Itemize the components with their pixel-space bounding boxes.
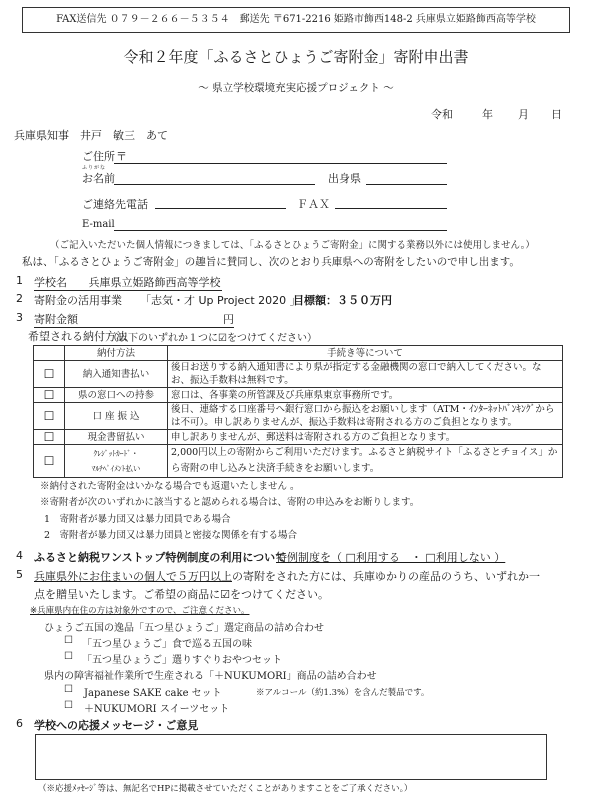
phone-field[interactable] [155,208,286,209]
table-row: ☐ ｸﾚｼﾞｯﾄｶｰﾄﾞ・ ﾏﾙﾁﾍﾟｲﾒﾝﾄ払い 2,000円以上の寄附からご… [34,445,563,478]
table-row: ☐ 納入通知書払い 後日お送りする納入通知書により県が指定する金融機関の窓口で納… [34,361,563,388]
address-field[interactable] [114,163,447,164]
phone-label: 電話 [126,196,148,212]
postal-mark: 〒 [116,148,127,164]
method-details: 後日、連絡する口座番号へ銀行窓口から振込をお願いします（ATM・ｲﾝﾀｰﾈｯﾄﾊ… [168,403,563,430]
date-day: 日 [551,106,562,122]
address-label: ご住所 [82,148,115,164]
section5-number: 5 [16,568,23,581]
school-name-value: 兵庫県立姫路飾西高等学校 [89,276,221,289]
project-name: 「志気・才 Up Project 2020 」 [140,292,301,308]
addressee: 兵庫県知事 井戸 敏三 あて [14,127,168,143]
section3-number: 3 [16,311,23,324]
message-label: 学校への応援メッセージ・ご意見 [34,717,198,733]
alcohol-note: ※アルコール（約1.3%）を含んだ製品です。 [256,686,429,698]
project-label: 寄附金の活用事業 [34,292,122,308]
message-textarea[interactable] [35,734,547,780]
checkbox-credit-card[interactable]: ☐ [34,445,65,478]
contact-label: ご連絡先 [82,196,126,212]
section4-number: 4 [16,549,23,562]
payment-method-hint: （以下のいずれか１つに☑をつけてください） [108,329,317,344]
gift-item: 「五つ星ひょうご」食で巡る五国の味 [82,635,252,650]
gift-group1-title: ひょうご五国の逸品「五つ星ひょうご」選定商品の詰め合わせ [44,619,324,634]
payment-methods-table: 納付方法 手続き等について ☐ 納入通知書払い 後日お送りする納入通知書により県… [33,345,563,478]
checkbox-counter-payment[interactable]: ☐ [34,388,65,403]
section1-number: 1 [16,274,23,287]
one-stop-choice[interactable]: 特例制度を（ □利用する ・ □利用しない ） [276,549,505,565]
method-name-line1: ｸﾚｼﾞｯﾄｶｰﾄﾞ・ [68,446,164,461]
method-name: ｸﾚｼﾞｯﾄｶｰﾄﾞ・ ﾏﾙﾁﾍﾟｲﾒﾝﾄ払い [65,445,168,478]
one-stop-label: ふるさと納税ワンストップ特例制度の利用について [34,549,286,565]
hometown-label: 出身県 [328,170,361,186]
gift-group2-title: 県内の障害福祉作業所で生産される「＋NUKUMORI」商品の詰め合わせ [44,667,377,682]
refusal-item: 1 寄附者が暴力団又は暴力団員である場合 [44,511,231,525]
header-method: 納付方法 [65,346,168,361]
method-details: 申し訳ありませんが、郵送料は寄附される方のご負担となります。 [168,430,563,445]
email-field[interactable] [114,230,447,231]
table-header-row: 納付方法 手続き等について [34,346,563,361]
table-row: ☐ 口 座 振 込 後日、連絡する口座番号へ銀行窓口から振込をお願いします（AT… [34,403,563,430]
method-details: 窓口は、各事業の所管課及び兵庫県東京事務所です。 [168,388,563,403]
method-name-line2: ﾏﾙﾁﾍﾟｲﾒﾝﾄ払い [68,461,164,476]
date-year: 年 [482,106,493,122]
document-subtitle: ～ 県立学校環境充実応援プロジェクト ～ [0,80,592,95]
header-details: 手続き等について [168,346,563,361]
section6-number: 6 [16,717,23,730]
name-field[interactable] [114,184,315,185]
message-note: （※応援ﾒｯｾｰｼﾞ等は、無記名でHPに掲載させていただくことがありますことをご… [38,782,412,794]
yen-unit: 円 [223,311,234,327]
checkbox-registered-mail[interactable]: ☐ [34,430,65,445]
hometown-field[interactable] [366,184,447,185]
email-label: E-mail [82,219,115,230]
donation-amount-field[interactable]: 寄附金額 円 [34,311,234,328]
declaration-text: 私は、「ふるさとひょうご寄附金」の趣旨に賛同し、次のとおり兵庫県への寄附をしたい… [22,254,520,269]
fax-mail-info-box: FAX送信先 ０７９－２６６－５３５４ 郵送先 〒671-2216 姫路市飾西1… [22,7,570,33]
fax-label: ＦＡＸ [297,196,330,212]
gift-info-rest: の寄附をされた方には、兵庫ゆかりの産品のうち、いずれか一 [232,570,540,583]
method-details: 後日お送りする納入通知書により県が指定する金融機関の窓口で納入してください。なお… [168,361,563,388]
in-prefecture-note: ※兵庫県内在住の方は対象外ですので、ご注意ください。 [30,604,249,616]
method-name: 県の窓口への持参 [65,388,168,403]
checkbox-notice-payment[interactable]: ☐ [34,361,65,388]
school-name-row: 学校名 兵庫県立姫路飾西高等学校 [34,274,222,291]
gift-item: Japanese SAKE cake セット [84,684,222,699]
section2-number: 2 [16,292,23,305]
privacy-note: （ご記入いただいた個人情報につきましては、「ふるさとひょうご寄附金」に関する業務… [50,237,535,251]
method-details: 2,000円以上の寄附からご利用いただけます。ふるさと納税サイト「ふるさとチョイ… [168,445,563,478]
checkbox-bank-transfer[interactable]: ☐ [34,403,65,430]
target-amount: 目標額：３５０万円 [293,292,392,308]
gift-item: 「五つ星ひょうご」選りすぐりおやつセット [82,651,282,666]
date-era: 令和 [431,106,453,122]
date-month: 月 [518,106,529,122]
name-label: お名前 [82,170,115,186]
table-row: ☐ 県の窓口への持参 窓口は、各事業の所管課及び兵庫県東京事務所です。 [34,388,563,403]
table-row: ☐ 現金書留払い 申し訳ありませんが、郵送料は寄附される方のご負担となります。 [34,430,563,445]
gift-item: ＋NUKUMORI スイーツセット [84,700,229,715]
fax-field[interactable] [335,208,447,209]
gift-info-line2: 点を贈呈いたします。ご希望の商品に☑をつけてください。 [34,586,329,602]
method-name: 納入通知書払い [65,361,168,388]
school-name-label: 学校名 [34,276,67,289]
header-checkbox-col [34,346,65,361]
refusal-note: ※寄附者が次のいずれかに該当すると認められる場合は、寄附の申込みをお断りします。 [40,494,419,508]
gift-checkbox[interactable]: ☐ [64,684,73,695]
method-name: 現金書留払い [65,430,168,445]
method-name: 口 座 振 込 [65,403,168,430]
refund-note: ※納付された寄附金はいかなる場合でも返還いたしません 。 [40,478,300,492]
gift-eligibility: 兵庫県外にお住まいの個人で５万円以上 [34,570,232,583]
gift-checkbox[interactable]: ☐ [64,635,73,646]
gift-checkbox[interactable]: ☐ [64,651,73,662]
document-title: 令和２年度「ふるさとひょうご寄附金」寄附申出書 [0,46,592,67]
gift-info-line1: 兵庫県外にお住まいの個人で５万円以上の寄附をされた方には、兵庫ゆかりの産品のうち… [34,568,540,584]
donation-amount-label: 寄附金額 [34,313,78,326]
gift-checkbox[interactable]: ☐ [64,700,73,711]
refusal-item: 2 寄附者が暴力団又は暴力団員と密接な関係を有する場合 [44,527,297,541]
